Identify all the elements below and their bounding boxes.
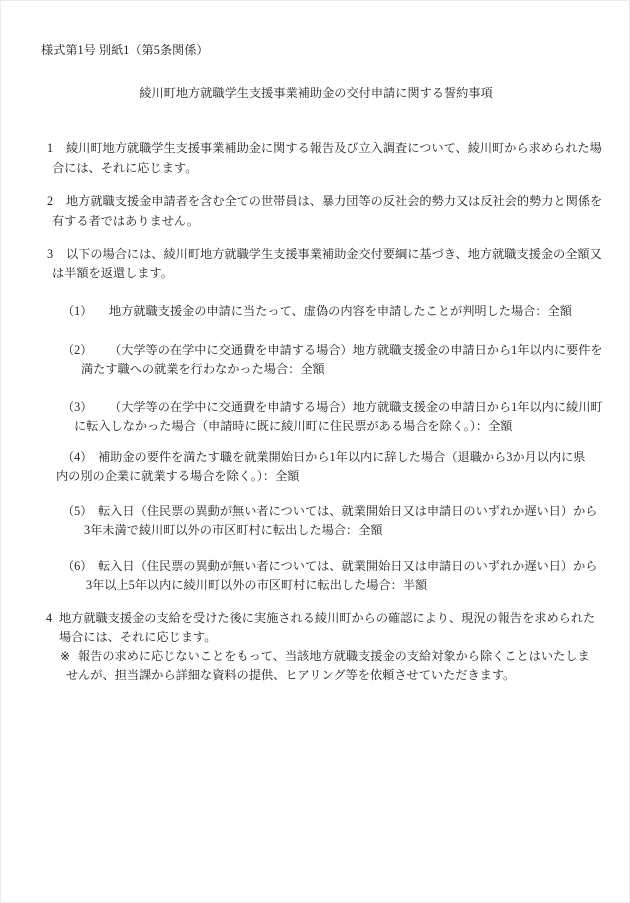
subclause-4-number: （4） — [62, 450, 92, 464]
clause-2-number: 2 — [47, 194, 53, 208]
clause-4-note-marker: ※ — [60, 649, 70, 663]
form-header: 様式第1号 別紙1（第5条関係） — [41, 43, 209, 57]
subclause-6-number: （6） — [62, 559, 92, 573]
subclause-3-line-1: （大学等の在学中に交通費を申請する場合）地方就職支援金の申請日から1年以内に綾川… — [109, 400, 603, 414]
subclause-1-number: （1） — [62, 304, 92, 318]
clause-4-line-1: 地方就職支援金の支給を受けた後に実施される綾川町からの確認により、現況の報告を求… — [59, 611, 595, 625]
clause-2-line-2: 有する者ではありません。 — [52, 214, 199, 228]
subclause-3-number: （3） — [62, 400, 92, 414]
document-page: 様式第1号 別紙1（第5条関係） 綾川町地方就職学生支援事業補助金の交付申請に関… — [0, 0, 630, 903]
subclause-2-line-1: （大学等の在学中に交通費を申請する場合）地方就職支援金の申請日から1年以内に要件… — [109, 343, 603, 357]
clause-1-number: 1 — [47, 141, 53, 155]
clause-4-number: 4 — [46, 611, 52, 625]
clause-3-line-1: 以下の場合には、綾川町地方就職学生支援事業補助金交付要綱に基づき、地方就職支援金… — [66, 247, 602, 261]
subclause-4-line-2: 内の別の企業に就業する場合を除く。）：全額 — [56, 469, 300, 483]
clause-4-line-2: 場合には、それに応じます。 — [59, 630, 216, 644]
clause-3-line-2: は半額を返還します。 — [52, 266, 173, 280]
clause-3-number: 3 — [47, 247, 53, 261]
clause-4-note-line-1: 報告の求めに応じないことをもって、当該地方就職支援金の支給対象から除くことはいた… — [78, 649, 590, 663]
subclause-6-line-1: 転入日（住民票の異動が無い者については、就業開始日又は申請日のいずれか遅い日）か… — [98, 559, 597, 573]
document-title: 綾川町地方就職学生支援事業補助金の交付申請に関する誓約事項 — [1, 86, 630, 100]
clause-1-line-2: 合には、それに応じます。 — [52, 161, 197, 175]
subclause-2-number: （2） — [62, 343, 92, 357]
clause-2-line-1: 地方就職支援金申請者を含む全ての世帯員は、暴力団等の反社会的勢力又は反社会的勢力… — [66, 194, 602, 208]
subclause-3-line-2: に転入しなかった場合（申請時に既に綾川町に住民票がある場合を除く。）：全額 — [74, 419, 513, 433]
subclause-6-line-2: 3年以上5年以内に綾川町以外の市区町村に転出した場合：半額 — [86, 578, 427, 592]
subclause-2-line-2: 満たす職への就業を行わなかった場合：全額 — [81, 362, 325, 376]
subclause-1-line-1: 地方就職支援金の申請に当たって、虚偽の内容を申請したことが判明した場合：全額 — [109, 304, 572, 318]
subclause-5-line-2: 3年未満で綾川町以外の市区町村に転出した場合：全額 — [84, 523, 383, 537]
clause-4-note-line-2: せんが、担当課から詳細な資料の提供、ヒアリング等を依頼させていただきます。 — [66, 668, 515, 682]
subclause-5-line-1: 転入日（住民票の異動が無い者については、就業開始日又は申請日のいずれか遅い日）か… — [98, 504, 597, 518]
subclause-4-line-1: 補助金の要件を満たす職を就業開始日から1年以内に辞した場合（退職から3か月以内に… — [98, 450, 586, 464]
subclause-5-number: （5） — [62, 504, 92, 518]
clause-1-line-1: 綾川町地方就職学生支援事業補助金に関する報告及び立入調査について、綾川町から求め… — [66, 141, 602, 155]
